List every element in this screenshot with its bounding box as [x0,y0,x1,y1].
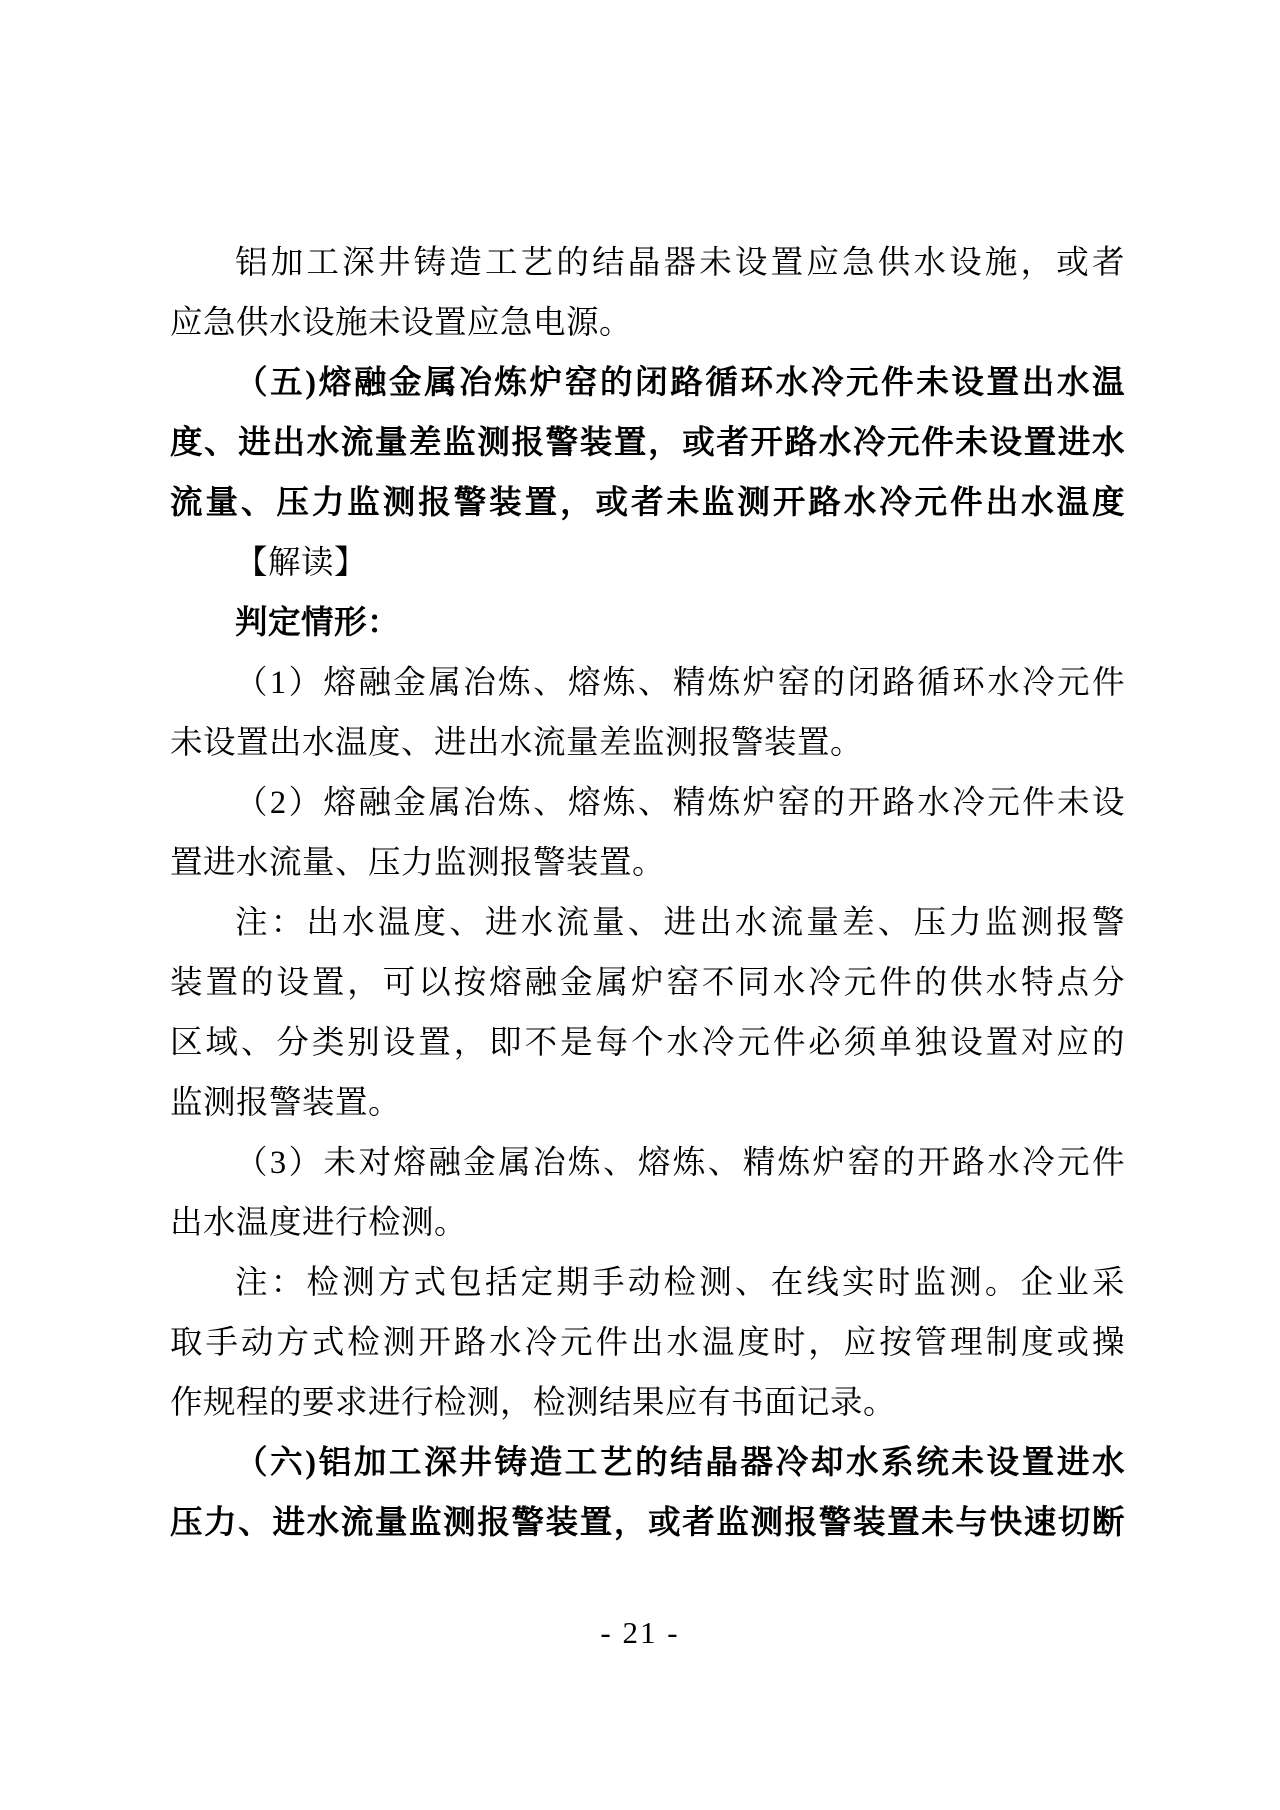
text-line-12: 注：出水温度、进水流量、进出水流量差、压力监测报警 [170,893,1125,953]
text-line-4: 度、进出水流量差监测报警装置，或者开路水冷元件未设置进水 [170,413,1125,473]
text-line-13: 装置的设置，可以按熔融金属炉窑不同水冷元件的供水特点分 [170,953,1125,1013]
text-line-20: 作规程的要求进行检测，检测结果应有书面记录。 [170,1373,1125,1433]
text-line-10: （2）熔融金属冶炼、熔炼、精炼炉窑的开路水冷元件未设 [170,773,1125,833]
text-line-5: 流量、压力监测报警装置，或者未监测开路水冷元件出水温度的。 [170,473,1125,533]
document-body: 铝加工深井铸造工艺的结晶器未设置应急供水设施，或者应急供水设施未设置应急电源。（… [170,233,1125,1553]
text-line-7: 判定情形： [170,593,1125,653]
text-line-14: 区域、分类别设置，即不是每个水冷元件必须单独设置对应的 [170,1013,1125,1073]
text-line-18: 注：检测方式包括定期手动检测、在线实时监测。企业采 [170,1253,1125,1313]
text-line-22: 压力、进水流量监测报警装置，或者监测报警装置未与快速切断 [170,1493,1125,1553]
text-line-15: 监测报警装置。 [170,1073,1125,1133]
text-line-1: 铝加工深井铸造工艺的结晶器未设置应急供水设施，或者 [170,233,1125,293]
text-line-21: （六)铝加工深井铸造工艺的结晶器冷却水系统未设置进水 [170,1433,1125,1493]
text-line-19: 取手动方式检测开路水冷元件出水温度时，应按管理制度或操 [170,1313,1125,1373]
text-line-3: （五)熔融金属冶炼炉窑的闭路循环水冷元件未设置出水温 [170,353,1125,413]
page-number: - 21 - [0,1613,1280,1653]
text-line-16: （3）未对熔融金属冶炼、熔炼、精炼炉窑的开路水冷元件 [170,1133,1125,1193]
text-line-17: 出水温度进行检测。 [170,1193,1125,1253]
text-line-2: 应急供水设施未设置应急电源。 [170,293,1125,353]
text-line-11: 置进水流量、压力监测报警装置。 [170,833,1125,893]
text-line-6: 【解读】 [170,533,1125,593]
text-line-8: （1）熔融金属冶炼、熔炼、精炼炉窑的闭路循环水冷元件 [170,653,1125,713]
document-page: 铝加工深井铸造工艺的结晶器未设置应急供水设施，或者应急供水设施未设置应急电源。（… [0,0,1280,1810]
text-line-9: 未设置出水温度、进出水流量差监测报警装置。 [170,713,1125,773]
